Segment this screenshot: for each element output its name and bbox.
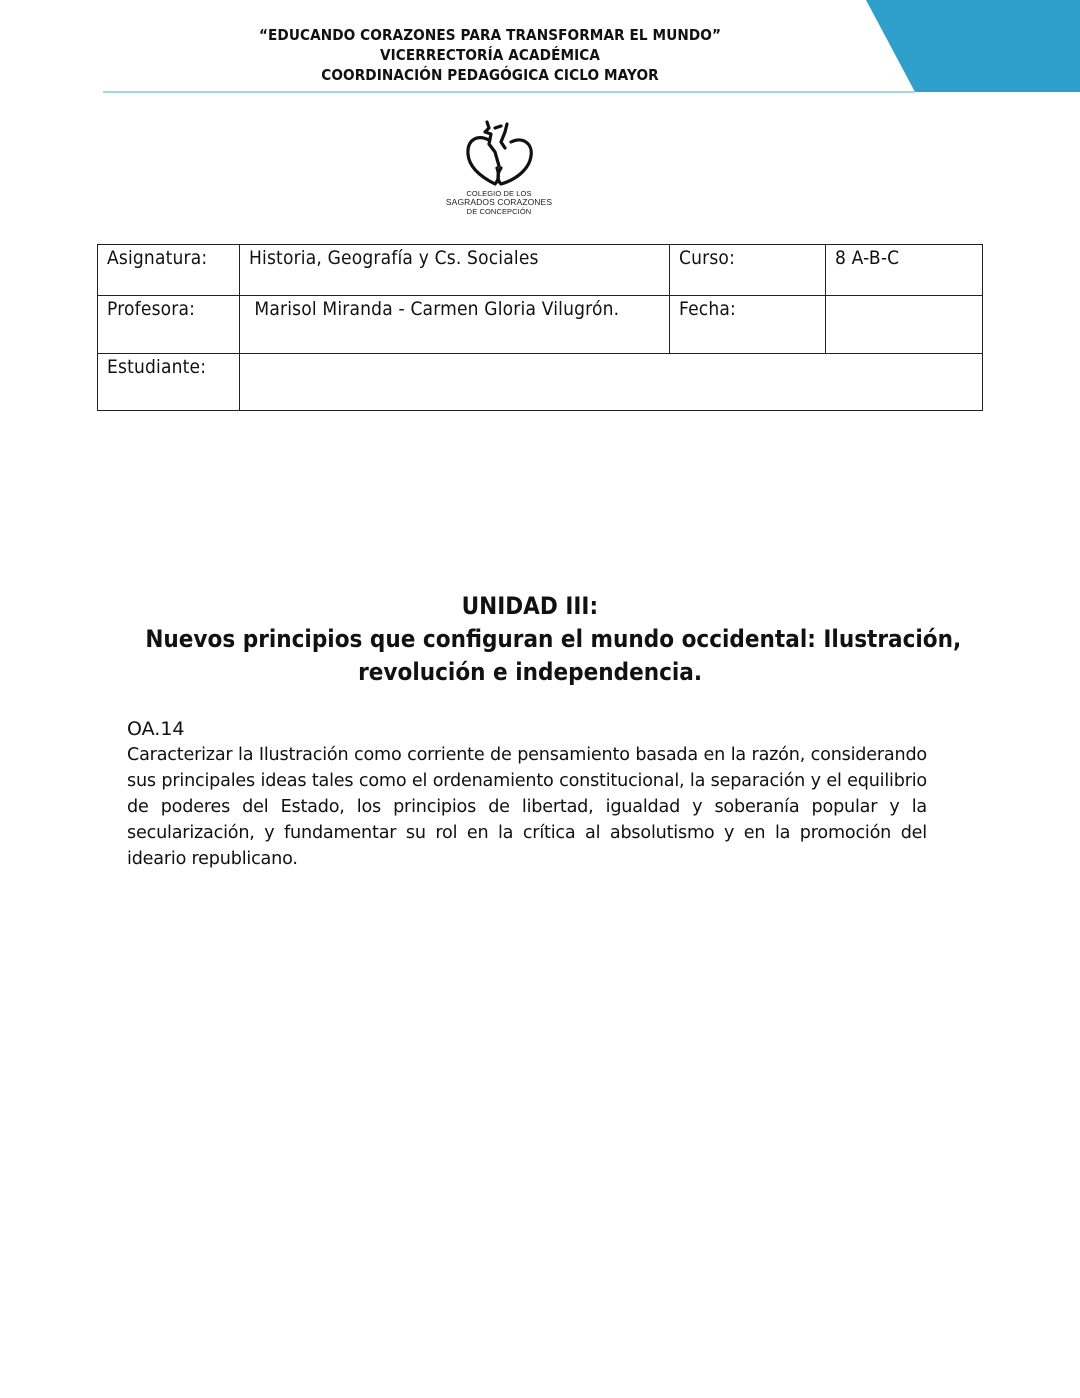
header-department: VICERRECTORÍA ACADÉMICA (226, 45, 754, 65)
teacher-value-cell: Marisol Miranda - Carmen Gloria Vilugrón… (239, 296, 669, 354)
header-coordination: COORDINACIÓN PEDAGÓGICA CICLO MAYOR (226, 65, 754, 85)
course-value-cell: 8 A-B-C (826, 245, 983, 296)
subject-value-cell: Historia, Geografía y Cs. Sociales (239, 245, 669, 296)
student-label-cell: Estudiante: (98, 354, 240, 411)
date-label-cell: Fecha: (669, 296, 825, 354)
teacher-label-cell: Profesora: (98, 296, 240, 354)
unit-title: UNIDAD III: (462, 590, 599, 623)
header-divider (103, 91, 915, 93)
two-hearts-logo-icon (459, 118, 539, 188)
document-header: “EDUCANDO CORAZONES PARA TRANSFORMAR EL … (226, 25, 754, 85)
table-row: Profesora: Marisol Miranda - Carmen Glor… (98, 296, 983, 354)
course-label-cell: Curso: (669, 245, 825, 296)
date-field[interactable] (826, 296, 983, 354)
learning-objective: OA.14 Caracterizar la Ilustración como c… (127, 716, 927, 872)
unit-subtitle-line-1: Nuevos principios que configuran el mund… (145, 623, 961, 656)
unit-heading: UNIDAD III: Nuevos principios que config… (100, 590, 960, 689)
school-logo: COLEGIO DE LOS SAGRADOS CORAZONES DE CON… (438, 118, 560, 226)
table-row: Asignatura: Historia, Geografía y Cs. So… (98, 245, 983, 296)
student-info-table: Asignatura: Historia, Geografía y Cs. So… (97, 244, 983, 411)
header-corner-decoration (866, 0, 1080, 92)
logo-caption: COLEGIO DE LOS SAGRADOS CORAZONES DE CON… (438, 189, 560, 216)
objective-code: OA.14 (127, 716, 927, 742)
table-row: Estudiante: (98, 354, 983, 411)
unit-subtitle-line-2: revolución e independencia. (358, 656, 702, 689)
subject-label-cell: Asignatura: (98, 245, 240, 296)
student-name-field[interactable] (239, 354, 982, 411)
objective-description: Caracterizar la Ilustración como corrien… (127, 742, 927, 872)
header-motto: “EDUCANDO CORAZONES PARA TRANSFORMAR EL … (226, 25, 754, 45)
